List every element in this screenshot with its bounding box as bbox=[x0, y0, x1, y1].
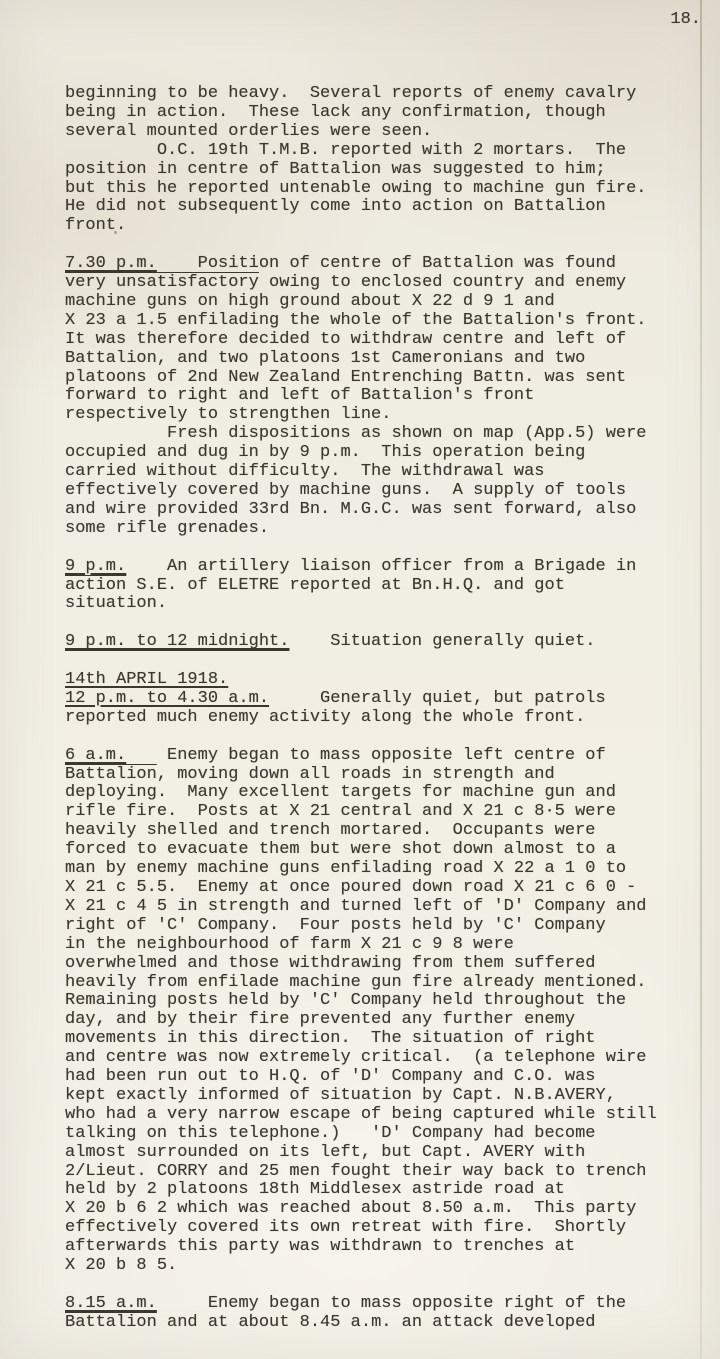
entry-time-heading: 6 a.m. bbox=[65, 746, 126, 765]
line-text: S.E. of ELETRE reported at Bn.H.Q. and g… bbox=[126, 576, 565, 595]
entry-6am: 6 a.m. Enemy began to mass opposite left… bbox=[65, 747, 700, 1276]
line-text: front. bbox=[65, 216, 126, 235]
line-text: deploying. Many excellent targets for ma… bbox=[65, 783, 616, 802]
line-text: Position of centre of Battalion was foun… bbox=[157, 254, 616, 273]
overstruck-word: very unsatisfactory bbox=[65, 273, 259, 292]
text-line: some rifle grenades. bbox=[65, 520, 700, 539]
text-line: heavily from enfilade machine gun fire a… bbox=[65, 974, 700, 993]
line-text: X 20 b 6 2 which was reached about 8.50 … bbox=[65, 1199, 636, 1218]
text-line: kept exactly informed of situation by Ca… bbox=[65, 1087, 700, 1106]
text-line: Battalion, moving down all roads in stre… bbox=[65, 766, 700, 785]
text-line: X 21 c 5.5. Enemy at once poured down ro… bbox=[65, 879, 700, 898]
text-line: 2/Lieut. CORRY and 25 men fought their w… bbox=[65, 1163, 700, 1182]
line-text: X 21 c 5.5. Enemy at once poured down ro… bbox=[65, 878, 636, 897]
text-line: movements in this direction. The situati… bbox=[65, 1030, 700, 1049]
line-text: machine guns on high ground about X 22 d… bbox=[65, 292, 555, 311]
line-text: owing to enclosed country and enemy bbox=[259, 273, 626, 292]
text-line: reported much enemy activity along the w… bbox=[65, 709, 700, 728]
text-line: front. bbox=[65, 217, 700, 236]
line-text: respectively to strengthen line. bbox=[65, 405, 391, 424]
text-line: right of 'C' Company. Four posts held by… bbox=[65, 917, 700, 936]
text-line: It was therefore decided to withdraw cen… bbox=[65, 331, 700, 350]
opening-continuation-paragraph: beginning to be heavy. Several reports o… bbox=[65, 85, 700, 236]
text-line: situation. bbox=[65, 595, 700, 614]
text-line: held by 2 platoons 18th Middlesex astrid… bbox=[65, 1181, 700, 1200]
line-text: carried without difficulty. The withdraw… bbox=[65, 462, 544, 481]
line-text: and at about 8.45 a.m. an attack develop… bbox=[157, 1313, 596, 1332]
line-text: some rifle grenades. bbox=[65, 519, 269, 538]
text-line: respectively to strengthen line. bbox=[65, 406, 700, 425]
text-line: platoons of 2nd New Zealand Entrenching … bbox=[65, 369, 700, 388]
line-text: forward to right and left of Battalion's… bbox=[65, 386, 534, 405]
line-text: movements in this direction. The situati… bbox=[65, 1029, 596, 1048]
text-line: position in centre of Battalion was sugg… bbox=[65, 161, 700, 180]
entry-9pm-to-midnight: 9 p.m. to 12 midnight. Situation general… bbox=[65, 633, 700, 652]
line-text: position in centre of Battalion was sugg… bbox=[65, 160, 606, 179]
text-line: but this he reported untenable owing to … bbox=[65, 180, 700, 199]
line-text: It was therefore decided to withdraw cen… bbox=[65, 330, 626, 349]
line-text: X 23 a 1.5 enfilading the whole of the B… bbox=[65, 311, 647, 330]
text-line: occupied and dug in by 9 p.m. This opera… bbox=[65, 444, 700, 463]
text-line: afterwards this party was withdrawn to t… bbox=[65, 1238, 700, 1257]
line-text: had been run out to H.Q. of 'D' Company … bbox=[65, 1067, 596, 1086]
line-text: X 20 b 8 5. bbox=[65, 1256, 177, 1275]
paper-edge-crease bbox=[700, 0, 702, 1359]
text-line: forced to evacuate them but were shot do… bbox=[65, 841, 700, 860]
text-line: action S.E. of ELETRE reported at Bn.H.Q… bbox=[65, 577, 700, 596]
line-text: Battalion, and two platoons 1st Cameroni… bbox=[65, 349, 585, 368]
entry-time-heading: 7.30 p.m. bbox=[65, 254, 157, 273]
text-line: deploying. Many excellent targets for ma… bbox=[65, 784, 700, 803]
text-line: 12 p.m. to 4.30 a.m. Generally quiet, bu… bbox=[65, 690, 700, 709]
line-text: kept exactly informed of situation by Ca… bbox=[65, 1086, 616, 1105]
line-text: occupied and dug in by 9 p.m. This opera… bbox=[65, 443, 585, 462]
entry-time-heading: 14th APRIL 1918. bbox=[65, 670, 228, 689]
line-text: beginning to be heavy. Several reports o… bbox=[65, 84, 636, 103]
text-line: X 23 a 1.5 enfilading the whole of the B… bbox=[65, 312, 700, 331]
text-line: machine guns on high ground about X 22 d… bbox=[65, 293, 700, 312]
text-line: heavily shelled and trench mortared. Occ… bbox=[65, 822, 700, 841]
text-line: 7.30 p.m. Position of centre of Battalio… bbox=[65, 255, 700, 274]
line-text: who had a very narrow escape of being ca… bbox=[65, 1105, 657, 1124]
line-text: heavily shelled and trench mortared. Occ… bbox=[65, 821, 596, 840]
line-text: situation. bbox=[65, 594, 167, 613]
paper-speckle bbox=[360, 1222, 362, 1224]
line-text: but this he reported untenable owing to … bbox=[65, 179, 647, 198]
text-line: 9 p.m. An artillery liaison officer from… bbox=[65, 558, 700, 577]
line-text: afterwards this party was withdrawn to t… bbox=[65, 1237, 575, 1256]
text-line: 8.15 a.m. Enemy began to mass opposite r… bbox=[65, 1295, 700, 1314]
text-line: 14th APRIL 1918. bbox=[65, 671, 700, 690]
line-text: Remaining posts held by 'C' Company held… bbox=[65, 991, 626, 1010]
line-text: forced to evacuate them but were shot do… bbox=[65, 840, 616, 859]
paper-speckle bbox=[114, 231, 117, 234]
overstruck-word: Battalion bbox=[65, 765, 157, 784]
line-text: effectively covered by machine guns. A s… bbox=[65, 481, 626, 500]
line-text: man by enemy machine guns enfilading roa… bbox=[65, 859, 626, 878]
line-text: held by 2 platoons 18th Middlesex astrid… bbox=[65, 1180, 565, 1199]
text-line: day, and by their fire prevented any fur… bbox=[65, 1011, 700, 1030]
line-text: 2/Lieut. CORRY and 25 men fought their w… bbox=[65, 1162, 647, 1181]
line-text: Generally quiet, but patrols bbox=[269, 689, 606, 708]
line-text: heavily from enfilade machine gun fire a… bbox=[65, 973, 647, 992]
text-line: X 20 b 8 5. bbox=[65, 1257, 700, 1276]
line-text: several mounted orderlies were seen. bbox=[65, 122, 432, 141]
line-text: being in action. These lack any confirma… bbox=[65, 103, 606, 122]
overstruck-word: Battalion bbox=[65, 1313, 157, 1332]
text-line: man by enemy machine guns enfilading roa… bbox=[65, 860, 700, 879]
text-line: X 21 c 4 5 in strength and turned left o… bbox=[65, 898, 700, 917]
entry-time-heading: 9 p.m. bbox=[65, 557, 126, 576]
entry-815am: 8.15 a.m. Enemy began to mass opposite r… bbox=[65, 1295, 700, 1333]
line-text: Fresh dispositions as shown on map (App.… bbox=[65, 424, 647, 443]
text-line: He did not subsequently come into action… bbox=[65, 198, 700, 217]
line-text: effectively covered its own retreat with… bbox=[65, 1218, 626, 1237]
entry-time-heading: 8.15 a.m. bbox=[65, 1294, 157, 1313]
line-text: day, and by their fire prevented any fur… bbox=[65, 1010, 575, 1029]
line-text: He did not subsequently come into action… bbox=[65, 197, 606, 216]
text-line: being in action. These lack any confirma… bbox=[65, 104, 700, 123]
text-line: X 20 b 6 2 which was reached about 8.50 … bbox=[65, 1200, 700, 1219]
line-text: almost surrounded on its left, but Capt.… bbox=[65, 1143, 585, 1162]
line-text: O.C. 19th T.M.B. reported with 2 mortars… bbox=[65, 141, 626, 160]
line-text: X 21 c 4 5 in strength and turned left o… bbox=[65, 897, 647, 916]
line-text: and wire provided 33rd Bn. M.G.C. was se… bbox=[65, 500, 636, 519]
line-text: and centre was now extremely critical. (… bbox=[65, 1048, 647, 1067]
text-line: effectively covered its own retreat with… bbox=[65, 1219, 700, 1238]
text-line: Remaining posts held by 'C' Company held… bbox=[65, 992, 700, 1011]
text-line: 9 p.m. to 12 midnight. Situation general… bbox=[65, 633, 700, 652]
text-line: beginning to be heavy. Several reports o… bbox=[65, 85, 700, 104]
line-text: talking on this telephone.) 'D' Company … bbox=[65, 1124, 596, 1143]
line-text: An artillery liaison officer from a Brig… bbox=[126, 557, 636, 576]
line-text: rifle fire. Posts at X 21 central and X … bbox=[65, 802, 616, 821]
text-line: very unsatisfactory owing to enclosed co… bbox=[65, 274, 700, 293]
text-line: several mounted orderlies were seen. bbox=[65, 123, 700, 142]
line-text: right of 'C' Company. Four posts held by… bbox=[65, 916, 606, 935]
text-line: 6 a.m. Enemy began to mass opposite left… bbox=[65, 747, 700, 766]
text-line: and wire provided 33rd Bn. M.G.C. was se… bbox=[65, 501, 700, 520]
entry-12pm-to-430am: 12 p.m. to 4.30 a.m. Generally quiet, bu… bbox=[65, 690, 700, 728]
text-line: forward to right and left of Battalion's… bbox=[65, 387, 700, 406]
overstruck-word: action bbox=[65, 576, 126, 595]
text-line: talking on this telephone.) 'D' Company … bbox=[65, 1125, 700, 1144]
date-heading-14-april-1918: 14th APRIL 1918. bbox=[65, 671, 700, 690]
text-line: carried without difficulty. The withdraw… bbox=[65, 463, 700, 482]
line-text: reported much enemy activity along the w… bbox=[65, 708, 585, 727]
text-line: had been run out to H.Q. of 'D' Company … bbox=[65, 1068, 700, 1087]
text-line: Fresh dispositions as shown on map (App.… bbox=[65, 425, 700, 444]
text-line: almost surrounded on its left, but Capt.… bbox=[65, 1144, 700, 1163]
line-text: Enemy began to mass opposite right of th… bbox=[157, 1294, 626, 1313]
entry-9pm: 9 p.m. An artillery liaison officer from… bbox=[65, 558, 700, 615]
text-line: and centre was now extremely critical. (… bbox=[65, 1049, 700, 1068]
line-text: Enemy began to mass opposite left centre… bbox=[126, 746, 605, 765]
line-text: overwhelmed and those withdrawing from t… bbox=[65, 954, 596, 973]
text-line: rifle fire. Posts at X 21 central and X … bbox=[65, 803, 700, 822]
entry-time-heading: 12 p.m. to 4.30 a.m. bbox=[65, 689, 269, 708]
line-text: platoons of 2nd New Zealand Entrenching … bbox=[65, 368, 626, 387]
page-number: 18. bbox=[670, 11, 701, 30]
entry-time-heading: 9 p.m. to 12 midnight. bbox=[65, 632, 289, 651]
paper-speckle bbox=[526, 505, 530, 509]
text-line: who had a very narrow escape of being ca… bbox=[65, 1106, 700, 1125]
document-body: beginning to be heavy. Several reports o… bbox=[65, 85, 700, 1333]
entry-730pm: 7.30 p.m. Position of centre of Battalio… bbox=[65, 255, 700, 539]
scanned-diary-page: 18. beginning to be heavy. Several repor… bbox=[0, 0, 720, 1359]
line-text: Situation generally quiet. bbox=[289, 632, 595, 651]
text-line: Battalion, and two platoons 1st Cameroni… bbox=[65, 350, 700, 369]
line-text: , moving down all roads in strength and bbox=[157, 765, 555, 784]
text-line: in the neighbourhood of farm X 21 c 9 8 … bbox=[65, 936, 700, 955]
text-line: O.C. 19th T.M.B. reported with 2 mortars… bbox=[65, 142, 700, 161]
text-line: overwhelmed and those withdrawing from t… bbox=[65, 955, 700, 974]
text-line: Battalion and at about 8.45 a.m. an atta… bbox=[65, 1314, 700, 1333]
line-text: in the neighbourhood of farm X 21 c 9 8 … bbox=[65, 935, 514, 954]
text-line: effectively covered by machine guns. A s… bbox=[65, 482, 700, 501]
